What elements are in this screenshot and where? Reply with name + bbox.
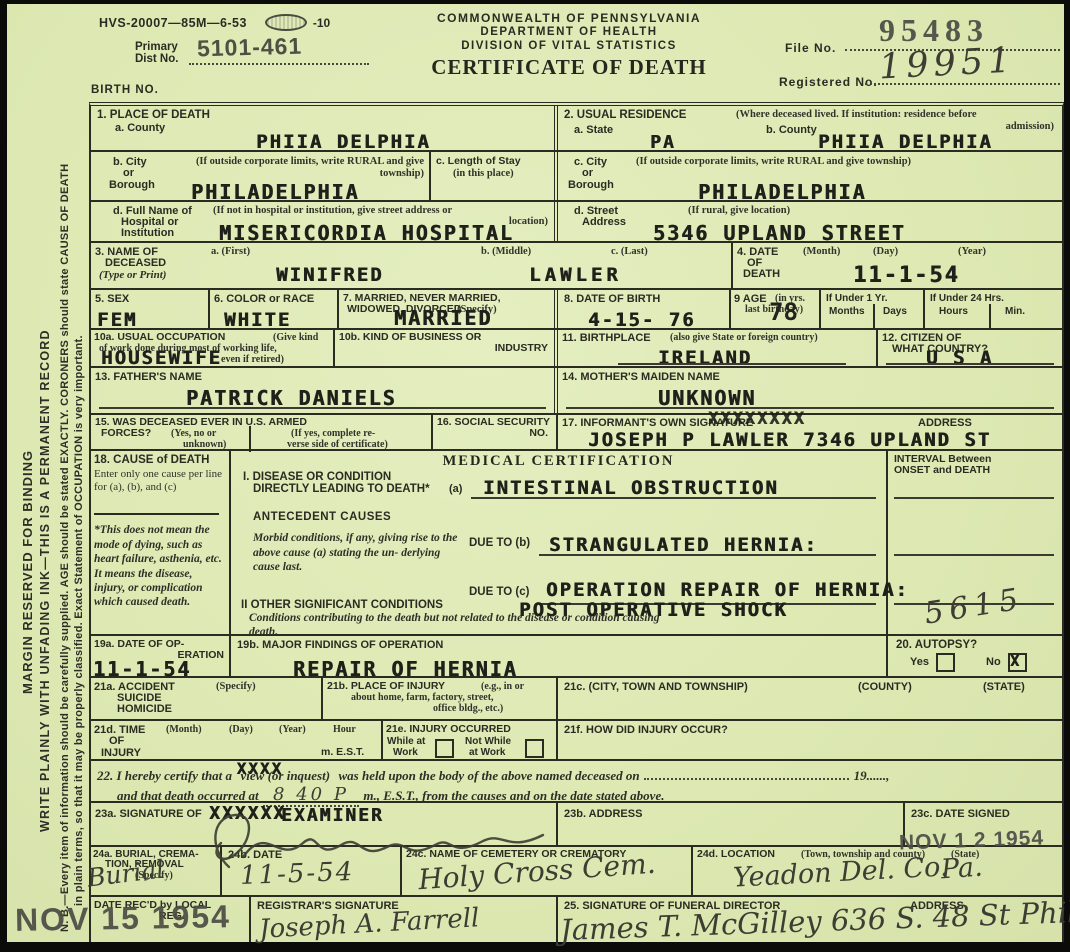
certificate-title: CERTIFICATE OF DEATH xyxy=(389,55,749,80)
row-5: 5. SEX FEM 6. COLOR or RACE WHITE 7. MAR… xyxy=(91,290,1062,330)
armed-forces-note-3: (If yes, complete re- xyxy=(291,428,375,440)
field-date-of-death: 4. DATE OF DEATH (Month) (Day) (Year) 11… xyxy=(733,243,1062,288)
death-year-label: (Year) xyxy=(958,246,986,258)
sex-value: FEM xyxy=(97,309,137,331)
field-citizen: 12. CITIZEN OF WHAT COUNTRY? U S A xyxy=(878,330,1062,366)
sex-label: 5. SEX xyxy=(95,293,129,305)
last-name-label: c. (Last) xyxy=(611,246,648,258)
primary-dist-value: 5101-461 xyxy=(197,33,303,63)
form-code-line: HVS-20007—85M—6-53 -10 xyxy=(99,14,330,32)
length-of-stay-label: c. Length of Stay xyxy=(436,156,521,168)
other-conditions-label: II OTHER SIGNIFICANT CONDITIONS xyxy=(241,599,443,612)
field-informant: 17. INFORMANT'S OWN SIGNATURE XXXXXXXX A… xyxy=(558,415,1062,450)
medcert-c-value-1: OPERATION REPAIR OF HERNIA: xyxy=(546,579,909,601)
occupation-note-1: (Give kind xyxy=(273,332,318,344)
certify-year: 19......, xyxy=(854,768,890,783)
residence-county-label: b. County xyxy=(766,124,817,136)
division-line: DIVISION OF VITAL STATISTICS xyxy=(389,40,749,53)
injury-state-label: (STATE) xyxy=(983,681,1025,693)
street-label-2: Address xyxy=(582,216,626,228)
work-label: Work xyxy=(393,747,418,758)
place-county-label: a. County xyxy=(115,122,165,134)
not-while-label: Not While xyxy=(465,736,511,747)
armed-forces-note-2: unknown) xyxy=(183,439,226,451)
birth-no-label: BIRTH NO. xyxy=(91,84,159,97)
operation-findings-label: 19b. MAJOR FINDINGS OF OPERATION xyxy=(237,639,443,651)
autopsy-yes-label: Yes xyxy=(910,656,929,668)
certify-text-2: was held upon the body of the above name… xyxy=(339,768,640,783)
medcert-title: MEDICAL CERTIFICATION xyxy=(231,453,886,470)
place-of-death-title: 1. PLACE OF DEATH xyxy=(97,109,210,122)
field-name-of-deceased: 3. NAME OF DECEASED (Type or Print) a. (… xyxy=(91,243,733,288)
medcert-a-tag: (a) xyxy=(449,483,462,495)
residence-state-label: a. State xyxy=(574,124,613,136)
occupation-note-3: even if retired) xyxy=(221,354,284,366)
interval-line-1 xyxy=(894,497,1054,499)
mother-name-line xyxy=(566,407,1054,409)
place-city-value: PHILADELPHIA xyxy=(191,180,360,204)
row-4: 3. NAME OF DECEASED (Type or Print) a. (… xyxy=(91,243,1062,290)
months-label: Months xyxy=(829,306,865,317)
location-label: 24d. LOCATION xyxy=(697,849,775,861)
field-operation-findings: 19b. MAJOR FINDINGS OF OPERATION REPAIR … xyxy=(231,636,888,676)
margin-note-nb-1: N. B.—Every item of information should b… xyxy=(59,164,71,932)
field-place-city: b. City or Borough (If outside corporate… xyxy=(91,152,431,200)
street-value: 5346 UPLAND STREET xyxy=(653,221,906,245)
margin-note-write-plainly: WRITE PLAINLY WITH UNFADING INK—THIS IS … xyxy=(39,329,53,832)
injury-place-note-3: office bldg., etc.) xyxy=(433,703,503,715)
row-3: d. Full Name of Hospital or Institution … xyxy=(91,202,1062,244)
field-hospital-name: d. Full Name of Hospital or Institution … xyxy=(91,202,558,242)
first-name-label: a. (First) xyxy=(211,246,250,258)
autopsy-no-label: No xyxy=(986,656,1001,668)
father-name-label: 13. FATHER'S NAME xyxy=(95,371,202,383)
length-of-stay-note: (in this place) xyxy=(453,168,514,180)
industry-label-2: INDUSTRY xyxy=(495,343,548,355)
date-of-death-value: 11-1-54 xyxy=(853,263,960,288)
under1yr-label: If Under 1 Yr. xyxy=(826,293,888,304)
residence-county-value: PHIIA DELPHIA xyxy=(818,131,993,153)
place-county-value: PHIIA DELPHIA xyxy=(256,131,431,153)
injury-occurred-label: 21e. INJURY OCCURRED xyxy=(386,724,511,736)
row-13: 22. I hereby certify that a view (or inq… xyxy=(91,761,1062,803)
row-16: DATE REC'D by LOCAL REG. REGISTRAR'S SIG… xyxy=(91,897,1062,942)
date-signed-stamp: NOV 1 2 1954 xyxy=(899,826,1045,855)
row-9: 18. CAUSE of DEATH Enter only one cause … xyxy=(91,451,1062,636)
department-line: DEPARTMENT OF HEALTH xyxy=(389,26,749,39)
operation-date-label-1: 19a. DATE OF OP- xyxy=(94,639,184,651)
row-8: 15. WAS DECEASED EVER IN U.S. ARMED FORC… xyxy=(91,415,1062,452)
date-received-stamp: NOV 15 1954 xyxy=(15,898,232,939)
morbid-note: Morbid conditions, if any, giving rise t… xyxy=(253,531,458,574)
place-city-note: (If outside corporate limits, write RURA… xyxy=(179,156,424,180)
injury-time-label-2: OF xyxy=(109,735,124,747)
deceased-title-3: (Type or Print) xyxy=(99,269,166,281)
birthplace-value: IRELAND xyxy=(658,347,752,369)
marital-value: MARRIED xyxy=(394,306,492,330)
ssn-label-2: NO. xyxy=(529,428,548,440)
field-industry: 10b. KIND OF BUSINESS OR INDUSTRY xyxy=(335,330,558,366)
cause-title: 18. CAUSE of DEATH xyxy=(94,454,209,467)
field-sex: 5. SEX FEM xyxy=(91,290,210,328)
days-label: Days xyxy=(883,306,907,317)
field-residence-city: c. City or Borough (If outside corporate… xyxy=(558,152,1062,200)
armed-forces-divider xyxy=(249,426,251,452)
registered-no-label: Registered No. xyxy=(779,76,878,89)
dob-label: 8. DATE OF BIRTH xyxy=(564,293,660,305)
date-signed-label: 23c. DATE SIGNED xyxy=(911,808,1010,820)
injury-place-note-1: (e.g., in or xyxy=(481,681,524,693)
field-accident-suicide: 21a. ACCIDENT SUICIDE HOMICIDE (Specify) xyxy=(91,678,323,719)
usual-residence-title: 2. USUAL RESIDENCE xyxy=(564,109,686,122)
certify-text-1: 22. I hereby certify that a xyxy=(97,768,232,783)
injury-time-label-3: INJURY xyxy=(101,747,141,759)
field-mother-name: 14. MOTHER'S MAIDEN NAME UNKNOWN xyxy=(558,368,1062,413)
residence-city-borough: Borough xyxy=(568,179,614,191)
antecedent-label: ANTECEDENT CAUSES xyxy=(253,511,391,524)
residence-city-or: or xyxy=(582,167,593,179)
certify-text-4: m., E.S.T., from the causes and on the d… xyxy=(363,788,664,803)
field-registrar-signature: REGISTRAR'S SIGNATURE Joseph A. Farrell xyxy=(251,897,558,942)
not-while-at-work-checkbox xyxy=(525,739,544,758)
header: HVS-20007—85M—6-53 -10 Primary Dist No. … xyxy=(89,4,1064,102)
hospital-note-2: location) xyxy=(509,216,548,228)
death-day-label: (Day) xyxy=(873,246,898,258)
occupation-label: 10a. USUAL OCCUPATION xyxy=(94,332,225,344)
margin-note-binding: MARGIN RESERVED FOR BINDING xyxy=(21,450,35,694)
union-suffix: -10 xyxy=(313,16,330,30)
row-12: 21d. TIME (Month) (Day) (Year) Hour OF I… xyxy=(91,721,1062,761)
injury-year-label: (Year) xyxy=(279,724,306,736)
birthplace-note: (also give State or foreign country) xyxy=(670,332,818,344)
mother-name-label: 14. MOTHER'S MAIDEN NAME xyxy=(562,371,720,383)
field-date-of-operation: 19a. DATE OF OP- ERATION 11-1-54 xyxy=(91,636,231,676)
armed-forces-note-4: verse side of certificate) xyxy=(287,439,388,451)
autopsy-yes-checkbox xyxy=(936,653,955,672)
while-at-label: While at xyxy=(387,736,425,747)
armed-forces-note-1: (Yes, no or xyxy=(171,428,216,440)
injury-county-label: (COUNTY) xyxy=(858,681,912,693)
residence-state-value: PA xyxy=(650,132,676,153)
injury-place-note-2: about home, farm, factory, street, xyxy=(351,692,494,704)
row-1: 1. PLACE OF DEATH a. County PHIIA DELPHI… xyxy=(91,106,1062,152)
occupation-value: HOUSEWIFE xyxy=(101,347,222,369)
usual-residence-note-1: (Where deceased lived. If institution: r… xyxy=(736,109,977,121)
death-month-label: (Month) xyxy=(803,246,840,258)
informant-xover: XXXXXXXX xyxy=(708,409,806,429)
field-medical-certification: MEDICAL CERTIFICATION I. DISEASE OR COND… xyxy=(231,451,888,634)
field-color-race: 6. COLOR or RACE WHITE xyxy=(210,290,339,328)
cause-note-2: *This does not mean the mode of dying, s… xyxy=(94,523,224,609)
field-birthplace: 11. BIRTHPLACE (also give State or forei… xyxy=(558,330,878,366)
certificate-form: 1. PLACE OF DEATH a. County PHIIA DELPHI… xyxy=(89,102,1064,942)
street-note: (If rural, give location) xyxy=(688,205,790,217)
field-cause-of-death: 18. CAUSE of DEATH Enter only one cause … xyxy=(91,451,231,634)
under24-divider xyxy=(989,304,991,330)
margin-note-nb-2: in plain terms, so that it may be proper… xyxy=(73,335,85,906)
field-father-name: 13. FATHER'S NAME PATRICK DANIELS xyxy=(91,368,558,413)
informant-address-label: ADDRESS xyxy=(918,417,972,429)
field-injury-city: 21c. (CITY, TOWN AND TOWNSHIP) (COUNTY) … xyxy=(558,678,1062,719)
medcert-a-value: INTESTINAL OBSTRUCTION xyxy=(483,477,779,499)
injury-place-label: 21b. PLACE OF INJURY xyxy=(327,681,445,693)
burial-value: Burial xyxy=(86,855,166,893)
field-date-of-birth: 8. DATE OF BIRTH 4-15- 76 xyxy=(558,290,731,328)
first-name-value: WINIFRED xyxy=(276,264,384,286)
last-name-value: LAWLER xyxy=(529,264,622,286)
header-center: COMMONWEALTH OF PENNSYLVANIA DEPARTMENT … xyxy=(389,12,749,80)
field-age: 9 AGE (in yrs. last birthday) 78 xyxy=(731,290,821,328)
row-10: 19a. DATE OF OP- ERATION 11-1-54 19b. MA… xyxy=(91,636,1062,678)
interval-value: 5615 xyxy=(922,582,1027,632)
citizen-value: U S A xyxy=(926,347,993,369)
residence-city-value: PHILADELPHIA xyxy=(698,180,867,204)
field-usual-residence: 2. USUAL RESIDENCE (Where deceased lived… xyxy=(558,106,1062,150)
industry-label-1: 10b. KIND OF BUSINESS OR xyxy=(339,332,481,344)
medcert-b-value: STRANGULATED HERNIA: xyxy=(549,534,818,556)
injury-day-label: (Day) xyxy=(229,724,253,736)
cause-divider xyxy=(94,513,219,515)
field-place-of-death: 1. PLACE OF DEATH a. County PHIIA DELPHI… xyxy=(91,106,558,150)
residence-city-note: (If outside corporate limits, write RURA… xyxy=(636,156,911,168)
certificate-paper: MARGIN RESERVED FOR BINDING WRITE PLAINL… xyxy=(7,4,1064,942)
field-street-address: d. Street Address (If rural, give locati… xyxy=(558,202,1062,242)
field-time-of-injury: 21d. TIME (Month) (Day) (Year) Hour OF I… xyxy=(91,721,383,759)
accident-label-3: HOMICIDE xyxy=(117,703,172,715)
hours-label: Hours xyxy=(939,306,968,317)
field-ssn: 16. SOCIAL SECURITY NO. xyxy=(433,415,558,450)
injury-est-label: m. E.S.T. xyxy=(321,747,364,759)
under1yr-divider xyxy=(873,304,875,330)
medcert-disease-label-1: I. DISEASE OR CONDITION xyxy=(243,471,391,484)
primary-label-2: Dist No. xyxy=(135,53,178,66)
binding-margin: MARGIN RESERVED FOR BINDING WRITE PLAINL… xyxy=(7,4,89,942)
under24-label: If Under 24 Hrs. xyxy=(930,293,1004,304)
injury-month-label: (Month) xyxy=(166,724,202,736)
field-autopsy: 20. AUTOPSY? Yes No X xyxy=(888,636,1062,676)
usual-residence-note-2: admission) xyxy=(1006,121,1054,133)
due-to-c-label: DUE TO (c) xyxy=(469,586,530,599)
field-armed-forces: 15. WAS DECEASED EVER IN U.S. ARMED FORC… xyxy=(91,415,433,450)
row-2: b. City or Borough (If outside corporate… xyxy=(91,152,1062,202)
field-how-injury: 21f. HOW DID INJURY OCCUR? xyxy=(558,721,1062,759)
primary-label-1: Primary xyxy=(135,41,178,54)
coroner-sig-label: 23a. SIGNATURE OF xyxy=(95,808,202,820)
hospital-note-1: (If not in hospital or institution, give… xyxy=(213,205,452,217)
field-injury-occurred: 21e. INJURY OCCURRED While at Work Not W… xyxy=(383,721,558,759)
field-certify: 22. I hereby certify that a view (or inq… xyxy=(91,761,1062,801)
certify-date-blank xyxy=(644,766,849,780)
commonwealth-line: COMMONWEALTH OF PENNSYLVANIA xyxy=(389,12,749,25)
place-city-or: or xyxy=(123,167,134,179)
field-marital-status: 7. MARRIED, NEVER MARRIED, WIDOWED, DIVO… xyxy=(339,290,558,328)
hospital-label-3: Institution xyxy=(121,227,174,239)
certify-line-1: 22. I hereby certify that a view (or inq… xyxy=(97,766,889,785)
row-14: 23a. SIGNATURE OF XXXXXX EXAMINER 23b. A… xyxy=(91,803,1062,848)
field-funeral-director: 25. SIGNATURE OF FUNERAL DIRECTOR ADDRES… xyxy=(558,897,1062,942)
coroner-address-label: 23b. ADDRESS xyxy=(564,808,642,820)
file-no-label: File No. xyxy=(785,42,836,55)
autopsy-no-checkmark: X xyxy=(1010,652,1021,670)
citizen-line xyxy=(886,363,1054,365)
middle-name-label: b. (Middle) xyxy=(481,246,531,258)
cause-note-1: Enter only one cause per line for (a), (… xyxy=(94,468,222,493)
field-length-of-stay: c. Length of Stay (in this place) xyxy=(431,152,558,200)
row-7: 13. FATHER'S NAME PATRICK DANIELS 14. MO… xyxy=(91,368,1062,415)
hospital-value: MISERICORDIA HOSPITAL xyxy=(219,221,514,245)
form-code: HVS-20007—85M—6-53 xyxy=(99,16,247,30)
field-cemetery-location: 24d. LOCATION (Town, township and county… xyxy=(693,847,1062,895)
accident-specify-note: (Specify) xyxy=(216,681,256,693)
row-6: 10a. USUAL OCCUPATION (Give kind of work… xyxy=(91,330,1062,368)
medcert-disease-label-2: DIRECTLY LEADING TO DEATH* xyxy=(253,483,430,496)
at-work-label: at Work xyxy=(469,747,506,758)
row-11: 21a. ACCIDENT SUICIDE HOMICIDE (Specify)… xyxy=(91,678,1062,721)
field-date-signed: 23c. DATE SIGNED NOV 1 2 1954 xyxy=(905,803,1062,846)
place-city-borough: Borough xyxy=(109,179,155,191)
injury-city-label: 21c. (CITY, TOWN AND TOWNSHIP) xyxy=(564,681,748,693)
armed-forces-label-2: FORCES? xyxy=(101,428,151,440)
informant-value: JOSEPH P LAWLER 7346 UPLAND ST xyxy=(588,429,991,451)
field-place-of-injury: 21b. PLACE OF INJURY (e.g., in or about … xyxy=(323,678,558,719)
autopsy-label: 20. AUTOPSY? xyxy=(896,639,977,652)
due-to-b-label: DUE TO (b) xyxy=(469,537,530,550)
field-coroner-signature: 23a. SIGNATURE OF XXXXXX EXAMINER xyxy=(91,803,558,846)
interval-label-2: ONSET and DEATH xyxy=(894,465,990,477)
how-injury-label: 21f. HOW DID INJURY OCCUR? xyxy=(564,724,728,736)
registered-no-value: 19951 xyxy=(878,40,1016,87)
field-interval: INTERVAL Between ONSET and DEATH 5615 xyxy=(888,451,1062,634)
field-under-24hrs: If Under 24 Hrs. Hours Min. xyxy=(925,290,1062,328)
color-race-value: WHITE xyxy=(224,309,291,331)
while-at-work-checkbox xyxy=(435,739,454,758)
union-label-icon xyxy=(265,14,307,31)
field-coroner-address: 23b. ADDRESS xyxy=(558,803,905,846)
min-label: Min. xyxy=(1005,306,1025,317)
field-under-1yr: If Under 1 Yr. Months Days xyxy=(821,290,925,328)
father-name-line xyxy=(99,407,546,409)
dob-value: 4-15- 76 xyxy=(588,309,696,331)
date-of-death-label-3: DEATH xyxy=(743,268,780,280)
birthplace-line xyxy=(618,363,846,365)
injury-hour-label: Hour xyxy=(333,724,356,736)
color-race-label: 6. COLOR or RACE xyxy=(214,293,314,305)
age-value: 78 xyxy=(769,298,798,326)
interval-line-2 xyxy=(894,554,1054,556)
birthplace-label: 11. BIRTHPLACE xyxy=(562,332,651,344)
certify-xover: XXXX xyxy=(237,759,284,778)
deceased-title-2: DECEASED xyxy=(105,257,166,269)
location-state-value: Pa. xyxy=(940,852,984,886)
certify-text-3: and that death occurred at xyxy=(117,788,259,803)
field-occupation: 10a. USUAL OCCUPATION (Give kind of work… xyxy=(91,330,335,366)
